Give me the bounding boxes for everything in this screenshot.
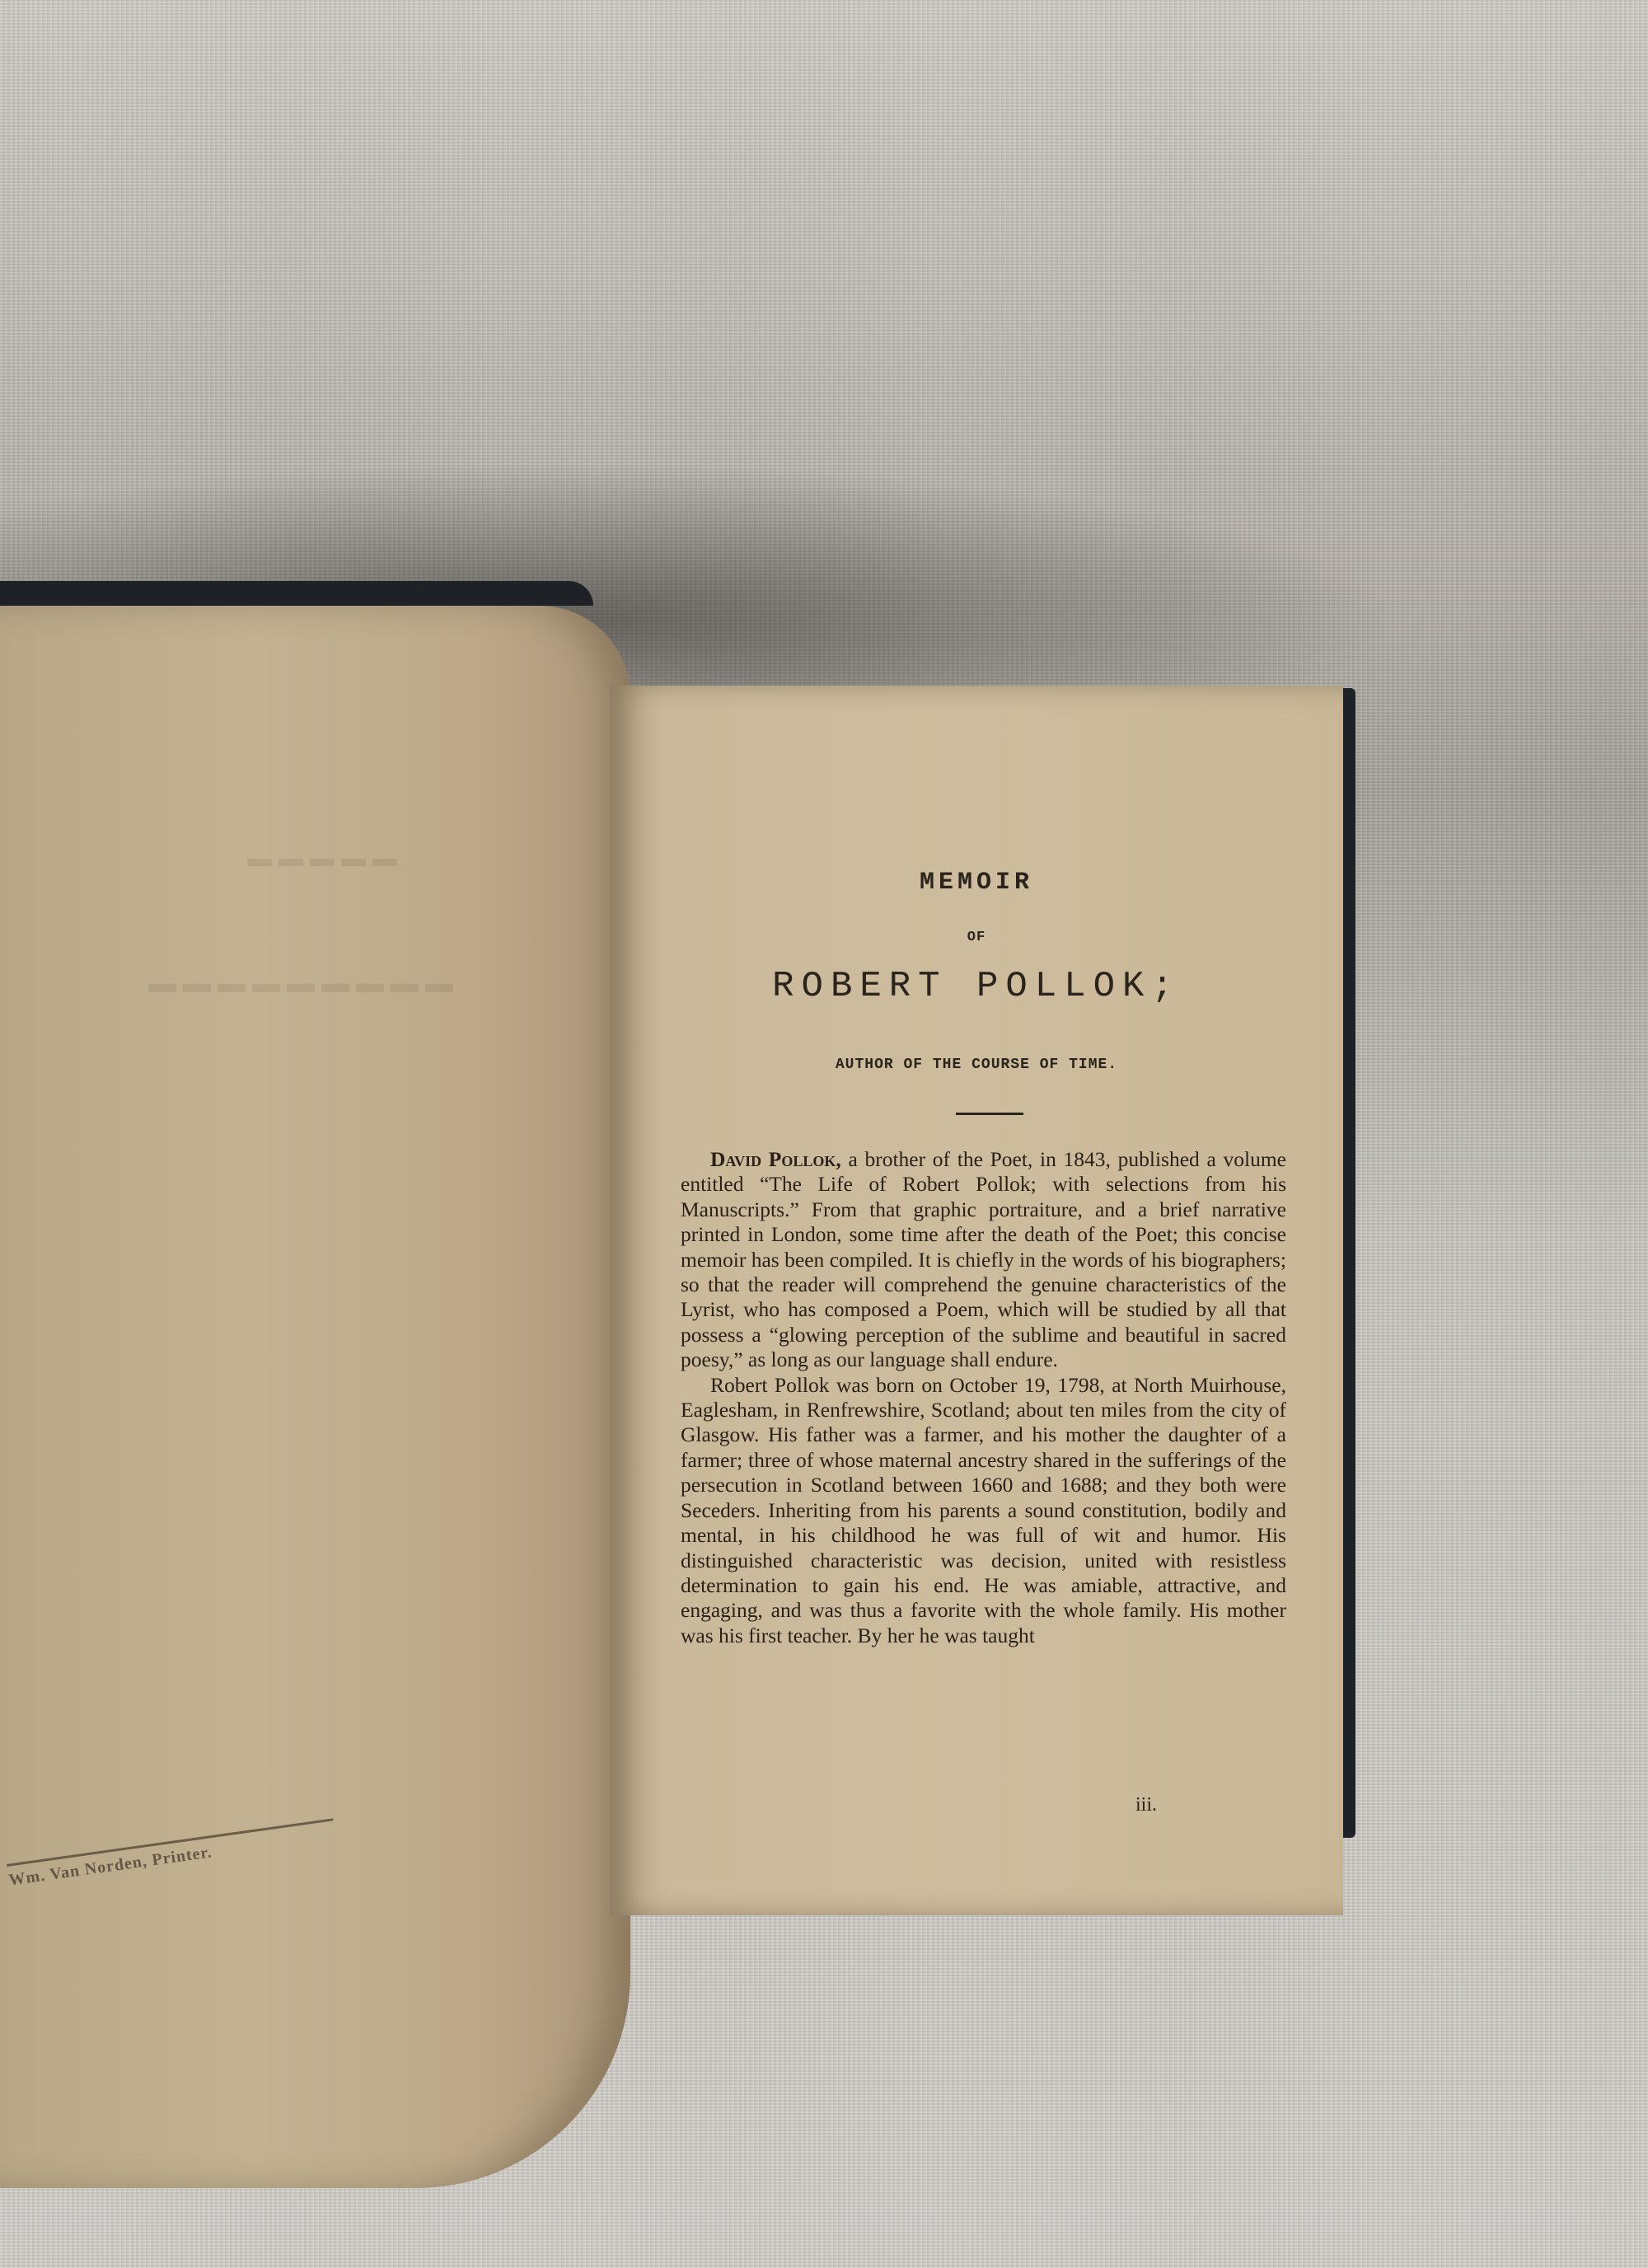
left-page: ▬▬▬▬▬ ▬▬▬▬▬▬▬▬▬	[0, 606, 630, 2188]
subject-name: ROBERT POLLOK;	[610, 966, 1343, 1007]
memoir-body: David Pollok, a brother of the Poet, in …	[681, 1147, 1286, 1648]
memoir-heading: MEMOIR	[610, 869, 1343, 897]
of-label: OF	[610, 930, 1343, 945]
paragraph-text: Robert Pollok was born on October 19, 17…	[681, 1373, 1286, 1647]
right-page: MEMOIR OF ROBERT POLLOK; AUTHOR OF THE C…	[610, 686, 1343, 1915]
page-number: iii.	[1135, 1794, 1157, 1816]
book-cover-edge-left	[0, 581, 593, 606]
show-through-text: ▬▬▬▬▬▬▬▬▬	[148, 968, 460, 1000]
paragraph-text: a brother of the Poet, in 1843, publishe…	[681, 1147, 1286, 1371]
paragraph: Robert Pollok was born on October 19, 17…	[681, 1373, 1286, 1648]
paragraph-lead: David Pollok,	[710, 1147, 841, 1171]
paragraph: David Pollok, a brother of the Poet, in …	[681, 1147, 1286, 1373]
divider-rule	[956, 1113, 1023, 1115]
subtitle: AUTHOR OF THE COURSE OF TIME.	[610, 1057, 1343, 1073]
show-through-text: ▬▬▬▬▬	[247, 845, 404, 873]
